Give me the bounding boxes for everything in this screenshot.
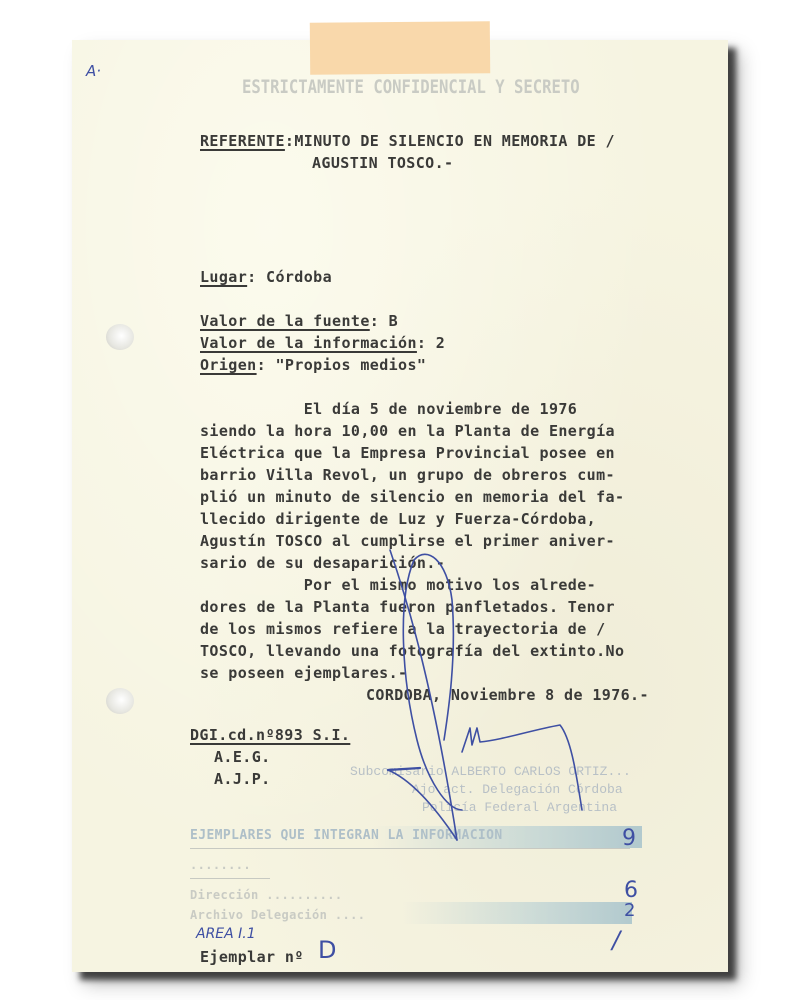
margin-number-4: /: [612, 926, 620, 954]
initials-2: A.J.P.: [214, 770, 271, 788]
referente-line1: REFERENTE:MINUTO DE SILENCIO EN MEMORIA …: [200, 132, 615, 150]
body-line: llecido dirigente de Luz y Fuerza-Córdob…: [200, 510, 596, 528]
tape-strip: [310, 21, 490, 75]
punch-hole-top: [106, 324, 134, 350]
distribution-header: EJEMPLARES QUE INTEGRAN LA INFORMACION: [190, 828, 503, 843]
lugar-field: Lugar: Córdoba: [200, 268, 332, 286]
body-line: El día 5 de noviembre de 1976: [200, 400, 577, 418]
body-line: se poseen ejemplares.-: [200, 664, 407, 682]
referente-label: REFERENTE: [200, 132, 285, 150]
divider: [190, 848, 630, 849]
handwritten-area-note: AREA I.1: [196, 926, 256, 942]
body-line: siendo la hora 10,00 en la Planta de Ene…: [200, 422, 615, 440]
body-line: sario de su desaparición.-: [200, 554, 445, 572]
reference-code: DGI.cd.nº893 S.I.: [190, 726, 350, 744]
margin-number-3: 2: [624, 900, 635, 921]
signature-stamp-line-1: Subcomisario ALBERTO CARLOS ORTIZ...: [350, 764, 631, 779]
body-line: TOSCO, llevando una fotografía del extin…: [200, 642, 624, 660]
body-line: Por el mismo motivo los alrede-: [200, 576, 596, 594]
divider: [190, 878, 270, 879]
valor-informacion-field: Valor de la información: 2: [200, 334, 445, 352]
blue-highlight-2: [402, 902, 632, 924]
body-line: Agustín TOSCO al cumplirse el primer ani…: [200, 532, 615, 550]
referente-line2: AGUSTIN TOSCO.-: [312, 154, 453, 172]
referente-subject: MINUTO DE SILENCIO EN MEMORIA DE /: [294, 132, 615, 150]
initials-1: A.E.G.: [214, 748, 271, 766]
body-line: barrio Villa Revol, un grupo de obreros …: [200, 466, 615, 484]
signature-stamp-line-2: Ajo act. Delegación Córdoba: [412, 782, 623, 797]
corner-handwritten-mark: A·: [86, 62, 101, 80]
classification-header: ESTRICTAMENTE CONFIDENCIAL Y SECRETO: [242, 76, 580, 98]
origen-field: Origen: "Propios medios": [200, 356, 426, 374]
place-date: CORDOBA, Noviembre 8 de 1976.-: [366, 686, 649, 704]
punch-hole-bottom: [106, 688, 134, 714]
ejemplar-value: D: [318, 936, 336, 964]
body-line: dores de la Planta fueron panfletados. T…: [200, 598, 615, 616]
body-line: Eléctrica que la Empresa Provincial pose…: [200, 444, 615, 462]
distribution-line-2: Dirección ..........: [190, 888, 343, 902]
body-line: de los mismos refiere a la trayectoria d…: [200, 620, 606, 638]
signature-stamp-line-3: Policía Federal Argentina: [422, 800, 617, 815]
ejemplar-label: Ejemplar nº: [200, 948, 304, 966]
document-page: A· ESTRICTAMENTE CONFIDENCIAL Y SECRETO …: [72, 40, 728, 972]
margin-number-1: 9: [622, 826, 636, 851]
body-line: plió un minuto de silencio en memoria de…: [200, 488, 624, 506]
valor-fuente-field: Valor de la fuente: B: [200, 312, 398, 330]
distribution-line-3: Archivo Delegación ....: [190, 908, 365, 922]
distribution-line-1: ........: [190, 858, 251, 872]
